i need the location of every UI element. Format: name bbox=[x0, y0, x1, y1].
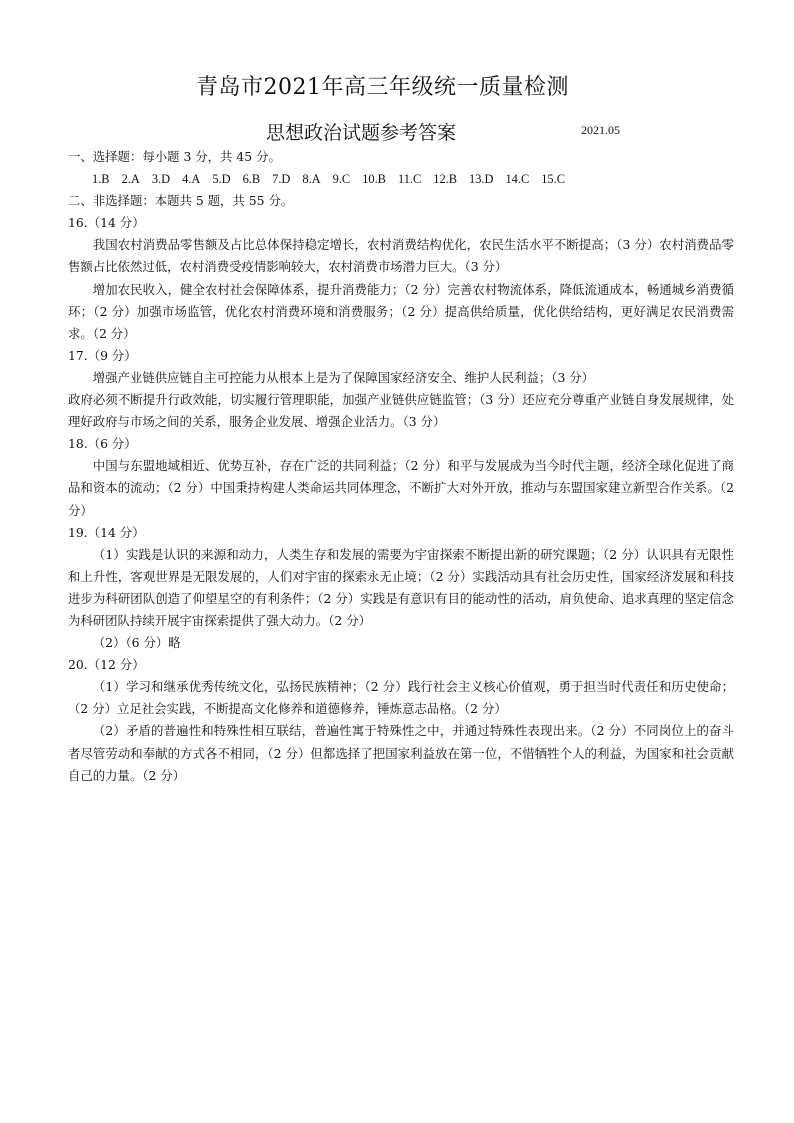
question-20-paragraph-1: （1）学习和继承优秀传统文化，弘扬民族精神；（2 分）践行社会主义核心价值观，勇… bbox=[68, 676, 734, 720]
question-18-paragraph-1: 中国与东盟地域相近、优势互补，存在广泛的共同利益；（2 分）和平与发展成为当今时… bbox=[68, 455, 734, 521]
choice-answers: 1.B2.A3.D4.A5.D6.B7.D8.A9.C10.B11.C12.B1… bbox=[68, 168, 734, 190]
question-19-label: 19.（14 分） bbox=[68, 522, 734, 544]
question-20-paragraph-2: （2）矛盾的普遍性和特殊性相互联结，普遍性寓于特殊性之中，并通过特殊性表现出来。… bbox=[68, 720, 734, 786]
answer-2: 2.A bbox=[122, 168, 140, 190]
section2-heading: 二、非选择题：本题共 5 题，共 55 分。 bbox=[68, 190, 734, 212]
answer-12: 12.B bbox=[433, 168, 457, 190]
answer-11: 11.C bbox=[398, 168, 421, 190]
answer-3: 3.D bbox=[152, 168, 170, 190]
answer-content: 一、选择题：每小题 3 分，共 45 分。 1.B2.A3.D4.A5.D6.B… bbox=[68, 146, 734, 787]
answer-4: 4.A bbox=[182, 168, 200, 190]
answer-10: 10.B bbox=[362, 168, 386, 190]
question-16-paragraph-2: 增加农民收入，健全农村社会保障体系，提升消费能力；（2 分）完善农村物流体系，降… bbox=[68, 279, 734, 345]
answer-14: 14.C bbox=[505, 168, 529, 190]
answer-8: 8.A bbox=[302, 168, 320, 190]
question-17-paragraph-1: 增强产业链供应链自主可控能力从根本上是为了保障国家经济安全、维护人民利益；（3 … bbox=[68, 367, 734, 389]
question-19-paragraph-2: （2）（6 分）略 bbox=[68, 632, 734, 654]
document-title: 青岛市2021年高三年级统一质量检测 bbox=[196, 70, 569, 101]
question-20-label: 20.（12 分） bbox=[68, 654, 734, 676]
question-17-label: 17.（9 分） bbox=[68, 345, 734, 367]
answer-15: 15.C bbox=[541, 168, 565, 190]
answer-6: 6.B bbox=[243, 168, 261, 190]
question-17-paragraph-2: 政府必须不断提升行政效能，切实履行管理职能，加强产业链供应链监管；（3 分）还应… bbox=[68, 389, 734, 433]
section1-heading: 一、选择题：每小题 3 分，共 45 分。 bbox=[68, 146, 734, 168]
document-date: 2021.05 bbox=[581, 123, 620, 138]
answer-13: 13.D bbox=[469, 168, 493, 190]
question-16-label: 16.（14 分） bbox=[68, 212, 734, 234]
answer-7: 7.D bbox=[272, 168, 290, 190]
answer-5: 5.D bbox=[212, 168, 230, 190]
answer-9: 9.C bbox=[333, 168, 351, 190]
question-18-label: 18.（6 分） bbox=[68, 433, 734, 455]
answer-1: 1.B bbox=[92, 168, 110, 190]
question-19-paragraph-1: （1）实践是认识的来源和动力，人类生存和发展的需要为宇宙探索不断提出新的研究课题… bbox=[68, 544, 734, 632]
document-subtitle: 思想政治试题参考答案 bbox=[266, 118, 456, 145]
question-16-paragraph-1: 我国农村消费品零售额及占比总体保持稳定增长，农村消费结构优化，农民生活水平不断提… bbox=[68, 234, 734, 278]
